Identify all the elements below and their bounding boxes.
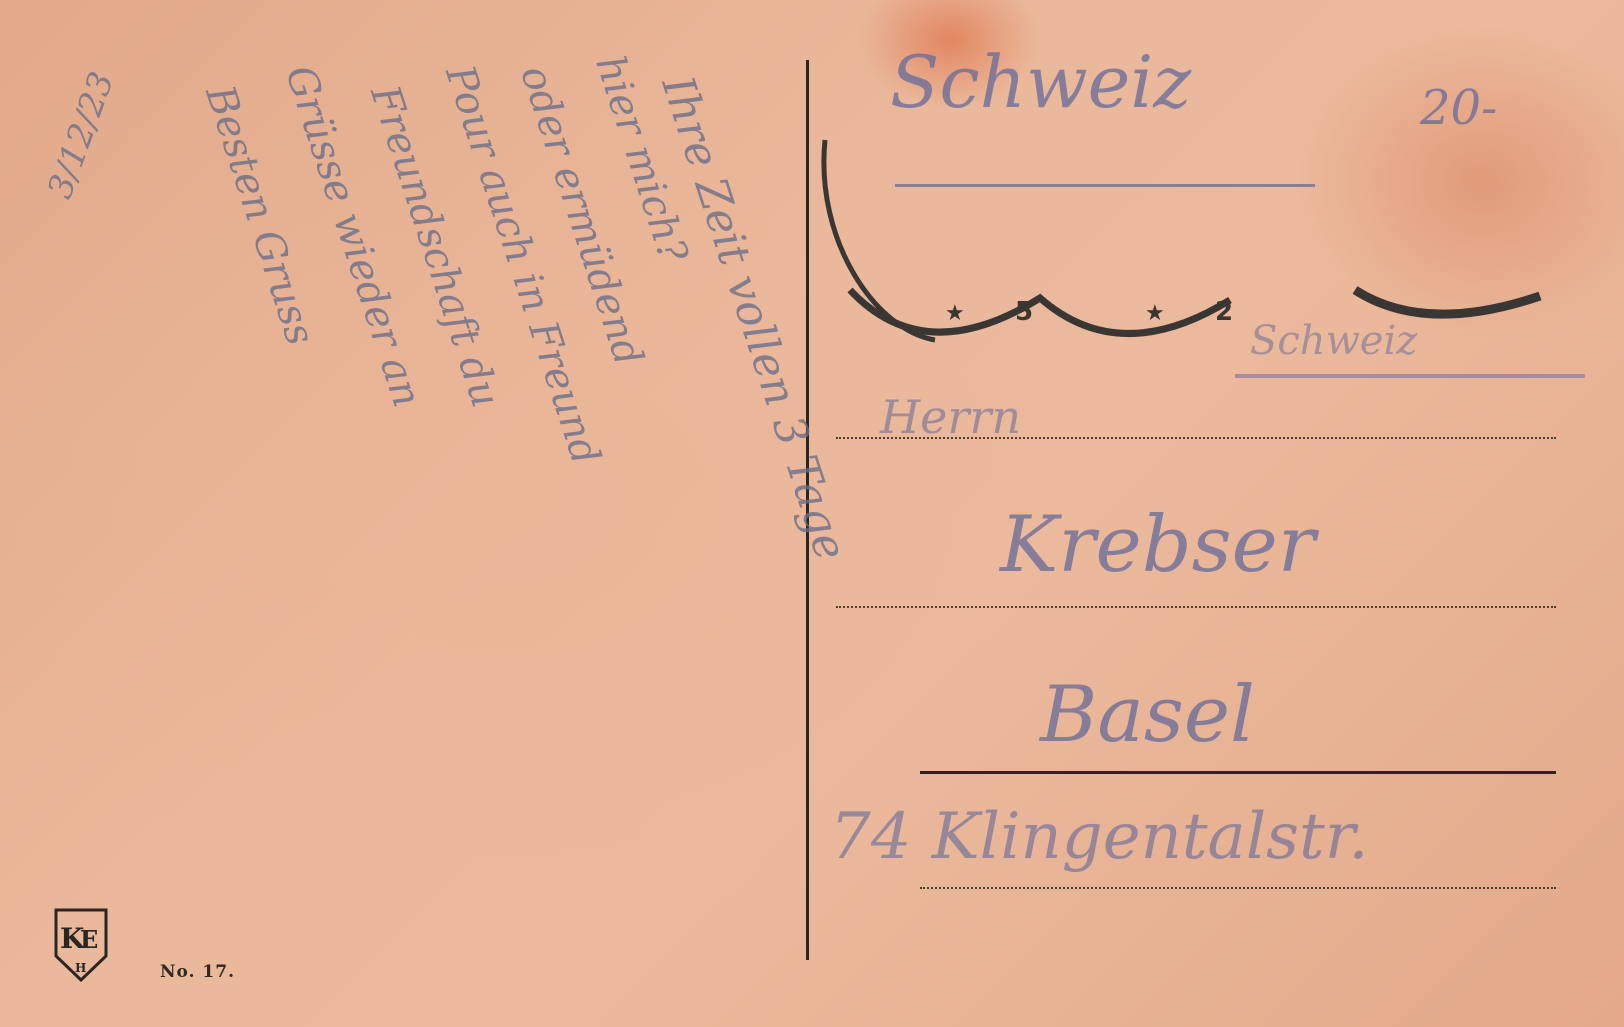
city-underline (920, 771, 1556, 774)
svg-text:★: ★ (945, 301, 965, 326)
svg-text:5: 5 (1015, 297, 1033, 327)
svg-text:E: E (80, 925, 98, 954)
postmark-stamp: ★ 5 ★ 2 (815, 120, 1545, 360)
address-line-4 (920, 887, 1556, 889)
print-number: No. 17. (160, 962, 235, 982)
country-handwriting: Schweiz (890, 40, 1191, 124)
recipient-street: 74 Klingentalstr. (830, 800, 1369, 874)
postcard-back: 3/12/23 Ihre Zeit vollen 3 Tage hier mic… (0, 0, 1624, 1027)
publisher-logo-icon: K E H (54, 908, 108, 982)
svg-text:2: 2 (1215, 297, 1233, 327)
secondary-underline (1235, 374, 1585, 378)
address-line-2 (836, 606, 1556, 608)
recipient-city: Basel (1040, 670, 1255, 760)
recipient-name: Krebser (1000, 500, 1315, 590)
salutation: Herrn (880, 390, 1021, 444)
address-line-1 (836, 437, 1556, 439)
svg-text:★: ★ (1145, 301, 1165, 326)
date-note: 3/12/23 (40, 67, 122, 204)
svg-text:H: H (75, 961, 86, 975)
secondary-country-note: Schweiz (1250, 318, 1417, 364)
